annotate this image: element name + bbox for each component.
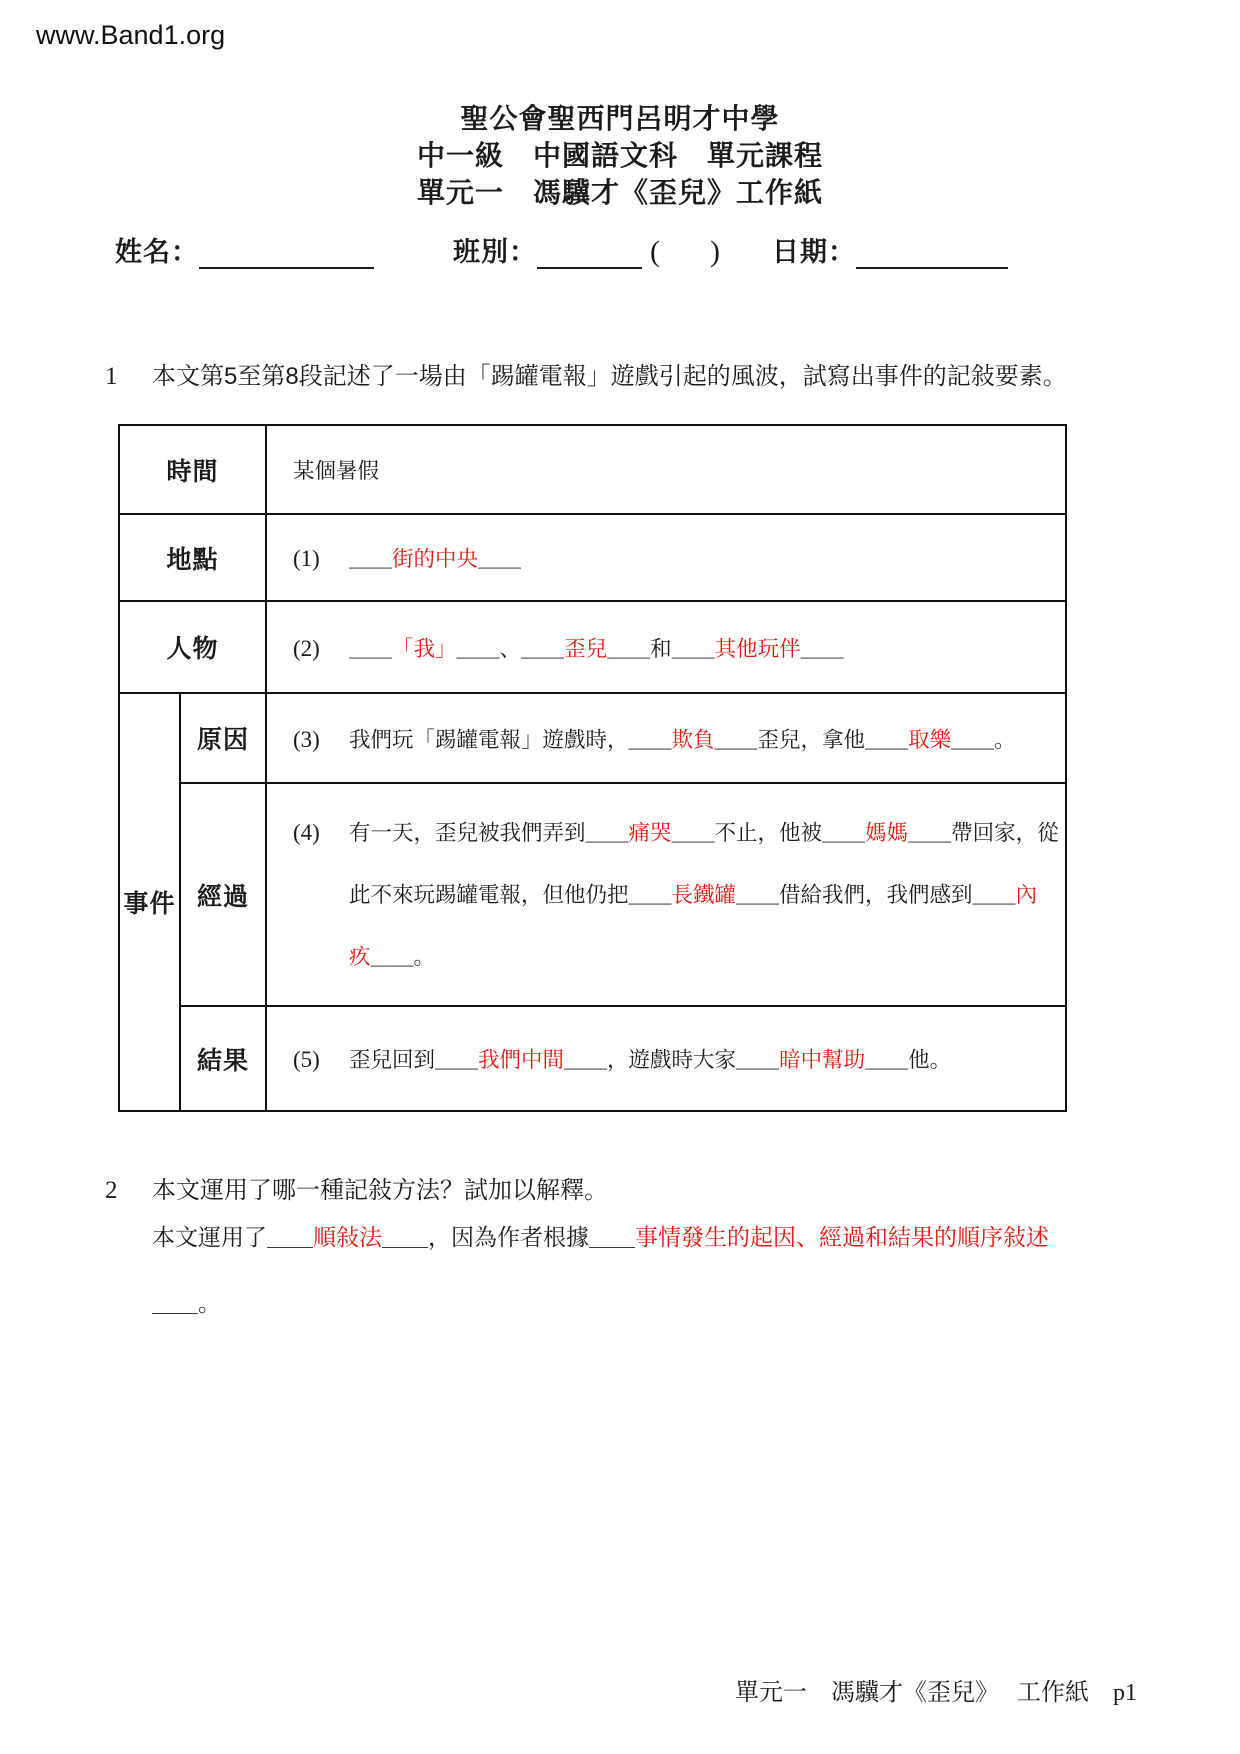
item-number: (5) <box>293 1047 349 1073</box>
table-row-time: 時間 某個暑假 <box>119 425 1066 514</box>
time-answer-text: 某個暑假 <box>293 459 379 483</box>
unit-title: 單元一 馮驥才《歪兒》工作紙 <box>0 174 1240 211</box>
student-info-row: 姓名： 班別： ( ) 日期： <box>115 230 1125 269</box>
name-blank-line <box>199 239 374 269</box>
question-1-number: 1 <box>105 363 152 391</box>
item-number: (2) <box>293 636 349 662</box>
question-1: 1本文第5至第8段記述了一場由「踢罐電報」遊戲引起的風波，試寫出事件的記敍要素。 <box>105 356 1067 391</box>
question-1-text: 本文第5至第8段記述了一場由「踢罐電報」遊戲引起的風波，試寫出事件的記敍要素。 <box>152 363 1067 390</box>
cell-place-answer: (1)＿＿街的中央＿＿ <box>266 514 1066 601</box>
cell-time-answer: 某個暑假 <box>266 425 1066 514</box>
row-header-time: 時間 <box>119 425 266 514</box>
answer-2-line-2: ＿＿。 <box>152 1270 1112 1336</box>
answer-2-line-2-text: ＿＿。 <box>152 1290 221 1316</box>
table-row-result: 結果 (5)歪兒回到＿＿我們中間＿＿，遊戲時大家＿＿暗中幫助＿＿他。 <box>119 1006 1066 1111</box>
question-2: 2本文運用了哪一種記敍方法？試加以解釋。 <box>105 1170 608 1205</box>
class-paren-open: ( <box>650 235 660 269</box>
result-answer-text: 歪兒回到＿＿我們中間＿＿，遊戲時大家＿＿暗中幫助＿＿他。 <box>349 1048 951 1072</box>
cell-characters-answer: (2)＿＿「我」＿＿、＿＿歪兒＿＿和＿＿其他玩伴＿＿ <box>266 601 1066 693</box>
characters-answer-text: ＿＿「我」＿＿、＿＿歪兒＿＿和＿＿其他玩伴＿＿ <box>349 637 844 661</box>
course-line: 中一級 中國語文科 單元課程 <box>0 137 1240 174</box>
process-answer-line-2: 此不來玩踢罐電報，但他仍把＿＿長鐵罐＿＿借給我們，我們感到＿＿內 <box>349 883 1037 907</box>
cell-result-answer: (5)歪兒回到＿＿我們中間＿＿，遊戲時大家＿＿暗中幫助＿＿他。 <box>266 1006 1066 1111</box>
cell-cause-answer: (3)我們玩「踢罐電報」遊戲時，＿＿欺負＿＿歪兒，拿他＿＿取樂＿＿。 <box>266 693 1066 783</box>
question-2-number: 2 <box>105 1177 152 1205</box>
item-number: (4) <box>293 802 349 864</box>
class-blank-line <box>537 239 642 269</box>
site-watermark: www.Band1.org <box>36 20 225 51</box>
answer-2-line-1: 本文運用了＿＿順敍法＿＿，因為作者根據＿＿事情發生的起因、經過和結果的順序敍述 <box>152 1204 1112 1270</box>
row-header-cause: 原因 <box>180 693 266 783</box>
item-number: (1) <box>293 546 349 572</box>
table-row-process: 經過 (4)有一天，歪兒被我們弄到＿＿痛哭＿＿不止，他被＿＿媽媽＿＿帶回家，從 … <box>119 783 1066 1006</box>
table-row-cause: 事件 原因 (3)我們玩「踢罐電報」遊戲時，＿＿欺負＿＿歪兒，拿他＿＿取樂＿＿。 <box>119 693 1066 783</box>
cause-answer-text: 我們玩「踢罐電報」遊戲時，＿＿欺負＿＿歪兒，拿他＿＿取樂＿＿。 <box>349 728 1016 752</box>
row-header-characters: 人物 <box>119 601 266 693</box>
table-row-place: 地點 (1)＿＿街的中央＿＿ <box>119 514 1066 601</box>
class-paren-close: ) <box>710 235 720 269</box>
question-2-answer: 本文運用了＿＿順敍法＿＿，因為作者根據＿＿事情發生的起因、經過和結果的順序敍述 … <box>152 1204 1112 1336</box>
process-answer-line-3: 疚＿＿。 <box>349 945 435 969</box>
row-header-process: 經過 <box>180 783 266 1006</box>
row-header-event: 事件 <box>119 693 180 1111</box>
place-answer-text: ＿＿街的中央＿＿ <box>349 547 521 571</box>
table-row-characters: 人物 (2)＿＿「我」＿＿、＿＿歪兒＿＿和＿＿其他玩伴＿＿ <box>119 601 1066 693</box>
date-blank-line <box>856 239 1008 269</box>
name-label: 姓名： <box>115 230 199 269</box>
page-footer: 單元一 馮驥才《歪兒》 工作紙 p1 <box>735 1672 1137 1707</box>
school-name: 聖公會聖西門呂明才中學 <box>0 100 1240 137</box>
row-header-place: 地點 <box>119 514 266 601</box>
date-label: 日期： <box>772 230 856 269</box>
row-header-result: 結果 <box>180 1006 266 1111</box>
narrative-elements-table: 時間 某個暑假 地點 (1)＿＿街的中央＿＿ 人物 (2)＿＿「我」＿＿、＿＿歪… <box>118 424 1067 1112</box>
class-label: 班別： <box>453 230 537 269</box>
answer-2-line-1-text: 本文運用了＿＿順敍法＿＿，因為作者根據＿＿事情發生的起因、經過和結果的順序敍述 <box>152 1224 1049 1250</box>
process-answer-line-1: 有一天，歪兒被我們弄到＿＿痛哭＿＿不止，他被＿＿媽媽＿＿帶回家，從 <box>349 821 1059 845</box>
question-2-text: 本文運用了哪一種記敍方法？試加以解釋。 <box>152 1177 608 1204</box>
document-header: 聖公會聖西門呂明才中學 中一級 中國語文科 單元課程 單元一 馮驥才《歪兒》工作… <box>0 100 1240 211</box>
cell-process-answer: (4)有一天，歪兒被我們弄到＿＿痛哭＿＿不止，他被＿＿媽媽＿＿帶回家，從 此不來… <box>266 783 1066 1006</box>
item-number: (3) <box>293 727 349 753</box>
